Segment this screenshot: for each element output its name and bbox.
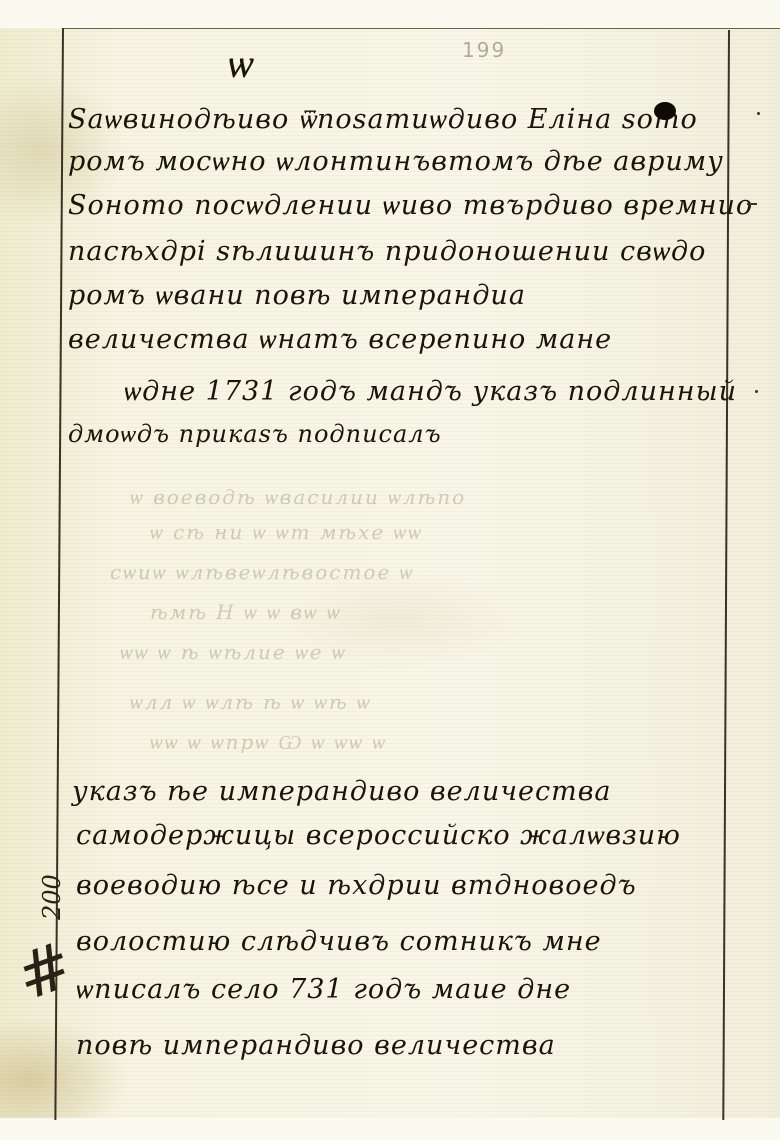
bleed-through-text: ѡѡ ѡ ѣ ѡѣлие ѡе ѡ (120, 640, 347, 665)
text-line: самодержицы всероссийско жалѡвзию (76, 820, 681, 851)
bleed-through-text: ѡѡ ѡ ѡпрѡ Ѡ ѡ ѡѡ ѡ (150, 730, 387, 755)
text-line: величества ѡнатъ всерепино мане (68, 324, 612, 355)
page-bottom-edge (0, 1118, 780, 1140)
text-line: ромъ мосѡно ѡлонтинъвтомъ дѣе авриму (68, 146, 724, 177)
text-line: указъ ѣе имперандиво величества (72, 776, 612, 807)
top-rule-line (62, 28, 780, 29)
signature-line: дмоѡдъ прикаѕъ подписалъ (68, 420, 442, 449)
date-line: ѡдне 1731 годъ мандъ указъ подлинный (124, 376, 737, 407)
text-line: Ѕаѡвинодѣиво ѿпоѕатиѡдиво Еліна ѕото (68, 104, 708, 135)
bleed-through-text: ѡлл ѡ ѡлѣ ѣ ѡ ѡѣ ѡ (130, 690, 372, 715)
pencil-page-number: 199 (462, 38, 506, 62)
text-line: повѣ имперандиво величества (76, 1030, 556, 1061)
text-line: волостию слѣдчивъ сотникъ мне (76, 926, 602, 957)
text-line: пасѣхдрі ѕѣлишинъ придоношении свѡдо (68, 236, 706, 267)
text-line: ѡписалъ село 731 годъ маие дне (76, 974, 571, 1005)
margin-dash (747, 203, 757, 205)
page-top-edge (0, 0, 780, 28)
margin-dot (757, 112, 760, 115)
manuscript-page: ѡ воеводѣ ѡвасилии ѡлѣпо ѡ сѣ ни ѡ ѡт мѣ… (0, 0, 780, 1140)
bleed-through-text: сѡиѡ ѡлѣвеѡлѣвостое ѡ (110, 560, 414, 585)
margin-dot (755, 390, 758, 393)
text-line: ромъ ѡвани повѣ имперандиа (68, 280, 526, 311)
bleed-through-text: ѡ сѣ ни ѡ ѡт мѣхе ѡѡ (150, 520, 423, 545)
bleed-through-text: ѡ воеводѣ ѡвасилии ѡлѣпо (130, 485, 466, 510)
bleed-through-text: ѣмѣ Н ѡ ѡ вѡ ѡ (150, 600, 342, 625)
text-line: воеводию ѣсе и ѣхдрии втдновоедъ (76, 870, 637, 901)
text-line: Ѕоното посѡдлении ѡиво твърдиво времнио (68, 190, 753, 221)
header-flourish: ѡ (228, 40, 253, 87)
ink-blot (654, 102, 676, 120)
margin-folio-number: 200 (38, 874, 66, 920)
margin-hash-mark: # (7, 928, 83, 1016)
